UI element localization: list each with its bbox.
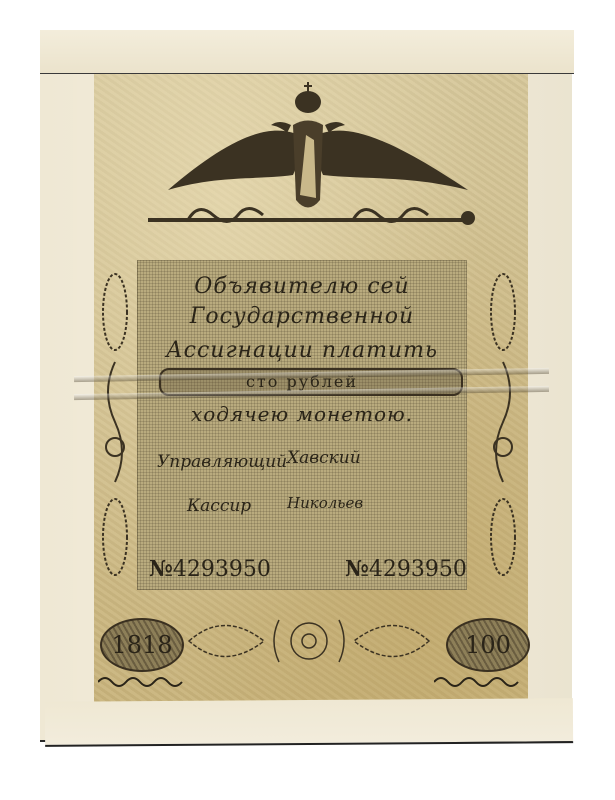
text-line-1: Объявителю сей: [137, 274, 467, 299]
wave-ornament-icon: [434, 674, 524, 690]
signature-2-label: Кассир: [187, 496, 251, 516]
serial-prefix: №: [149, 556, 173, 582]
top-mount-flap: [40, 30, 574, 74]
text-panel: Объявителю сей Государственной Ассигнаци…: [137, 260, 467, 590]
floral-ornament-icon: [184, 610, 434, 672]
signature-1-name: Хавский: [287, 448, 361, 468]
text-line-5: ходячею монетою.: [137, 402, 467, 426]
year-oval: 1818: [100, 618, 184, 672]
text-line-3: Ассигнации платить: [137, 338, 467, 363]
text-line-2: Государственной: [137, 304, 467, 329]
serial-prefix: №: [345, 556, 369, 582]
serial-value: 4293950: [173, 557, 271, 582]
bottom-mount-flap: [45, 698, 573, 747]
denomination-oval: 100: [446, 618, 530, 672]
signature-2-name: Никольев: [287, 494, 363, 512]
signature-1-label: Управляющий: [157, 452, 287, 472]
right-ornament-icon: [486, 267, 520, 587]
double-headed-eagle-icon: [128, 80, 488, 240]
serial-number-right: №4293950: [345, 556, 467, 582]
left-ornament-icon: [98, 267, 132, 587]
wave-ornament-icon: [98, 674, 188, 690]
serial-value: 4293950: [369, 557, 467, 582]
serial-number-left: №4293950: [149, 556, 271, 582]
banknote: Объявителю сей Государственной Ассигнаци…: [94, 72, 528, 704]
